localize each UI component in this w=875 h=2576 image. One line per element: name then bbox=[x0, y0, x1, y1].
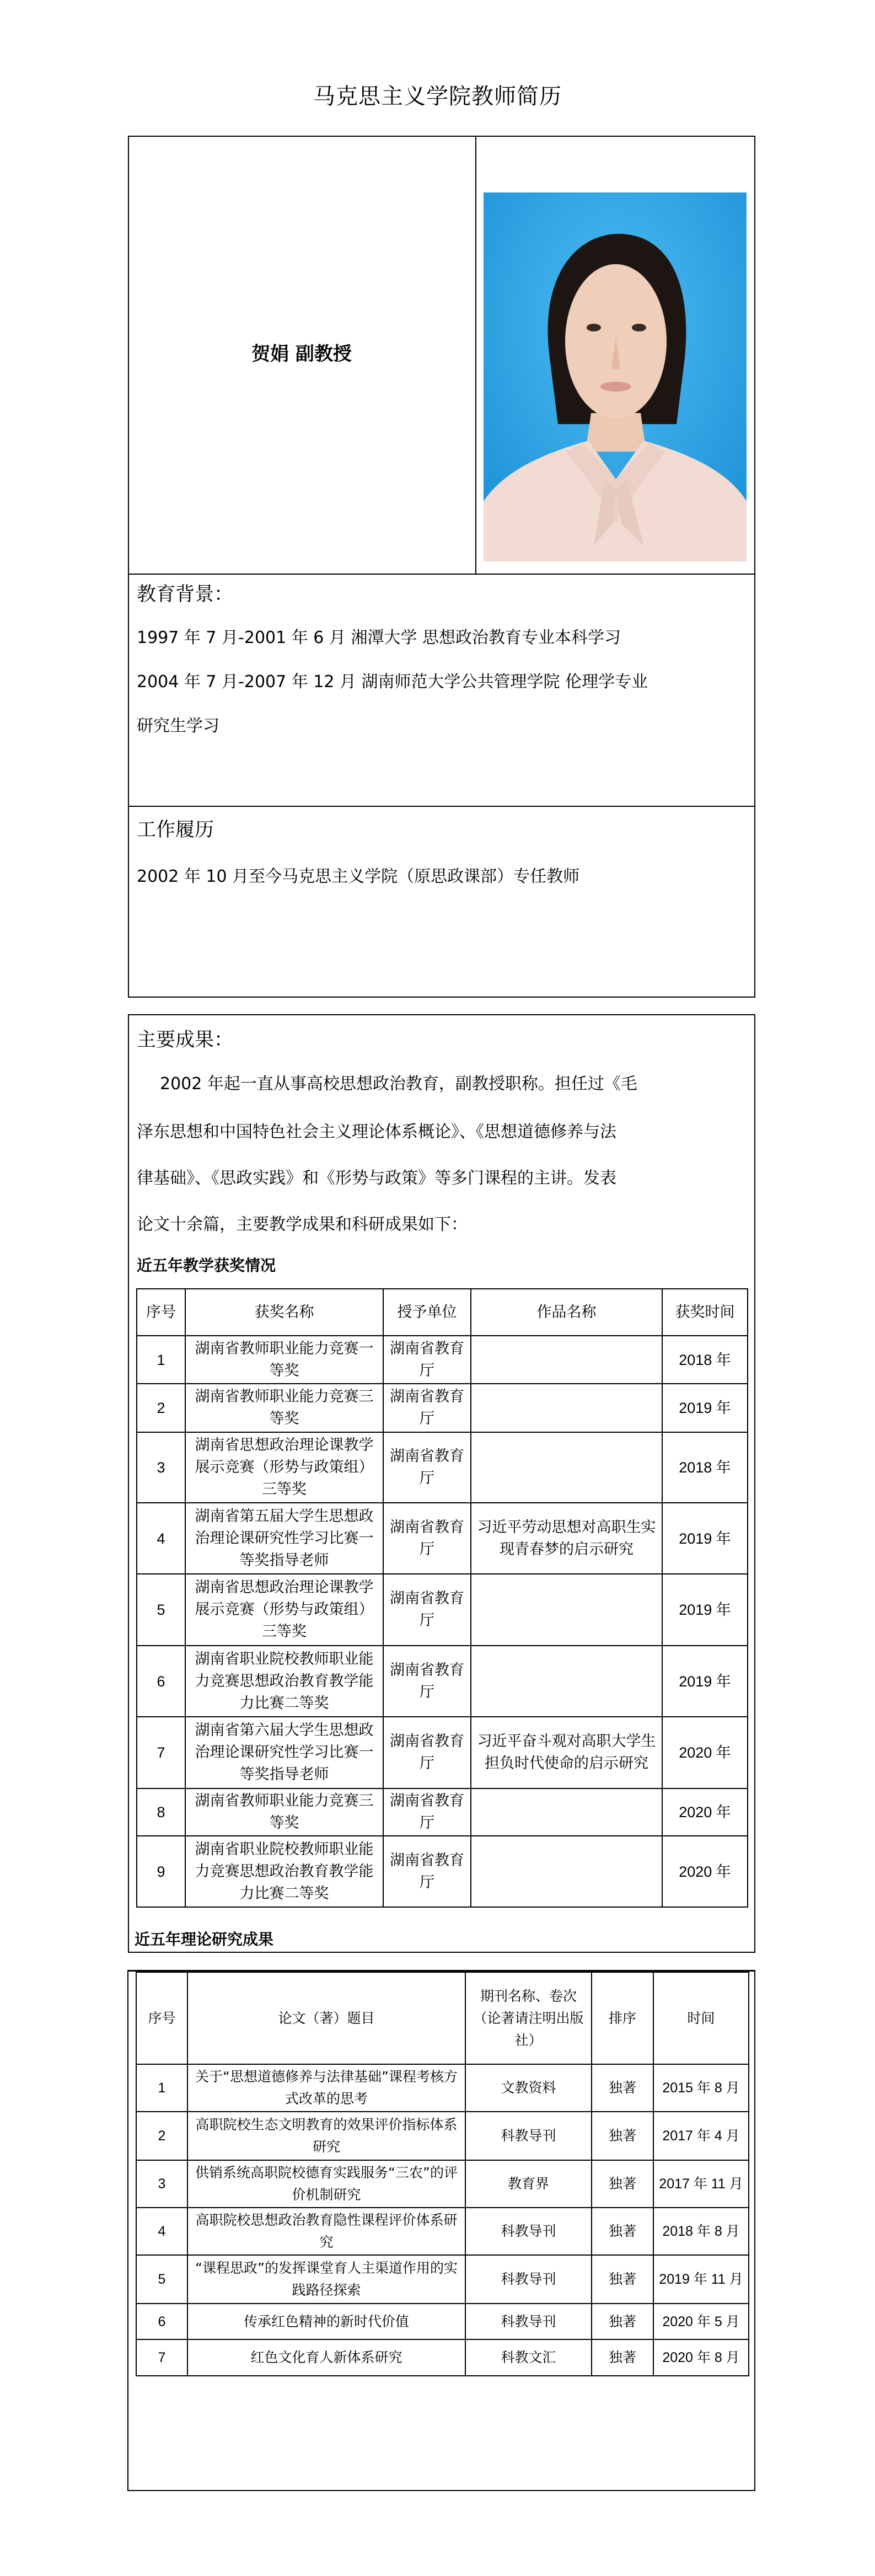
table-row: 1 湖南省教师职业能力竞赛一等奖 湖南省教育厅 2018 年 bbox=[137, 1336, 748, 1384]
col-header-no: 序号 bbox=[136, 1972, 187, 2064]
col-header-title: 论文（著）题目 bbox=[187, 1972, 465, 2064]
cell-award-name: 湖南省思想政治理论课教学展示竞赛（形势与政策组）三等奖 bbox=[185, 1574, 383, 1646]
table-row: 3 供销系统高职院校德育实践服务“三农”的评价机制研究 教育界 独著 2017 … bbox=[136, 2160, 749, 2208]
awards-heading: 近五年教学获奖情况 bbox=[137, 1256, 276, 1276]
cell-no: 6 bbox=[136, 2304, 187, 2339]
work-heading: 工作履历 bbox=[137, 818, 214, 842]
cell-work: 习近平劳动思想对高职生实现青春梦的启示研究 bbox=[471, 1503, 662, 1574]
cell-no: 1 bbox=[136, 2064, 187, 2112]
cell-time: 2018 年 bbox=[662, 1336, 748, 1384]
cell-award-name: 湖南省思想政治理论课教学展示竞赛（形势与政策组）三等奖 bbox=[185, 1432, 383, 1503]
cell-work bbox=[471, 1336, 662, 1384]
cell-award-name: 湖南省教师职业能力竞赛三等奖 bbox=[185, 1384, 383, 1432]
awards-table: 序号 获奖名称 授予单位 作品名称 获奖时间 1 湖南省教师职业能力竞赛一等奖 … bbox=[136, 1288, 748, 1908]
table-row: 7 湖南省第六届大学生思想政治理论课研究性学习比赛一等奖指导老师 湖南省教育厅 … bbox=[137, 1717, 748, 1788]
cell-no: 7 bbox=[137, 1717, 185, 1788]
cell-journal: 科教文汇 bbox=[465, 2339, 592, 2376]
cell-journal: 科教导刊 bbox=[465, 2304, 592, 2339]
cell-unit: 湖南省教育厅 bbox=[383, 1336, 471, 1384]
cell-time: 2017 年 4 月 bbox=[653, 2112, 749, 2160]
education-line-2: 2004 年 7 月-2007 年 12 月 湖南师范大学公共管理学院 伦理学专… bbox=[137, 671, 648, 693]
teacher-name-title: 贺娟 副教授 bbox=[128, 342, 475, 366]
cell-title: 高职院校生态文明教育的效果评价指标体系研究 bbox=[187, 2112, 465, 2160]
portrait-photo bbox=[484, 192, 747, 561]
cell-no: 7 bbox=[136, 2339, 187, 2376]
cell-work bbox=[471, 1646, 662, 1717]
cell-time: 2019 年 bbox=[662, 1646, 748, 1717]
cell-work bbox=[471, 1836, 662, 1907]
col-header-journal: 期刊名称、卷次（论著请注明出版社） bbox=[465, 1972, 592, 2064]
achievements-para-line-2: 泽东思想和中国特色社会主义理论体系概论》、《思想道德修养与法 bbox=[137, 1121, 616, 1143]
cell-unit: 湖南省教育厅 bbox=[383, 1717, 471, 1788]
cell-unit: 湖南省教育厅 bbox=[383, 1503, 471, 1574]
cell-journal: 文教资料 bbox=[465, 2064, 592, 2112]
work-divider bbox=[128, 806, 755, 807]
cell-no: 5 bbox=[136, 2255, 187, 2304]
cell-journal: 科教导刊 bbox=[465, 2208, 592, 2255]
cell-unit: 湖南省教育厅 bbox=[383, 1384, 471, 1432]
cell-rank: 独著 bbox=[592, 2304, 653, 2339]
table-row: 3 湖南省思想政治理论课教学展示竞赛（形势与政策组）三等奖 湖南省教育厅 201… bbox=[137, 1432, 748, 1503]
cell-time: 2017 年 11 月 bbox=[653, 2160, 749, 2208]
cell-title: 红色文化育人新体系研究 bbox=[187, 2339, 465, 2376]
cell-work bbox=[471, 1384, 662, 1432]
cell-award-name: 湖南省第六届大学生思想政治理论课研究性学习比赛一等奖指导老师 bbox=[185, 1717, 383, 1788]
cell-time: 2018 年 8 月 bbox=[653, 2208, 749, 2255]
cell-title: “课程思政”的发挥课堂育人主渠道作用的实践路径探索 bbox=[187, 2255, 465, 2304]
portrait-icon bbox=[484, 192, 747, 561]
cell-rank: 独著 bbox=[592, 2064, 653, 2112]
table-row: 6 传承红色精神的新时代价值 科教导刊 独著 2020 年 5 月 bbox=[136, 2304, 749, 2339]
col-header-work: 作品名称 bbox=[471, 1289, 662, 1336]
col-header-time: 时间 bbox=[653, 1972, 749, 2064]
cell-rank: 独著 bbox=[592, 2339, 653, 2376]
cell-time: 2019 年 11 月 bbox=[653, 2255, 749, 2304]
cell-unit: 湖南省教育厅 bbox=[383, 1574, 471, 1646]
papers-table: 序号 论文（著）题目 期刊名称、卷次（论著请注明出版社） 排序 时间 1 关于“… bbox=[136, 1972, 749, 2376]
profile-divider bbox=[475, 136, 476, 575]
cell-rank: 独著 bbox=[592, 2112, 653, 2160]
cell-time: 2019 年 bbox=[662, 1384, 748, 1432]
cell-journal: 教育界 bbox=[465, 2160, 592, 2208]
cell-work bbox=[471, 1788, 662, 1836]
cell-no: 4 bbox=[137, 1503, 185, 1574]
cell-no: 2 bbox=[137, 1384, 185, 1432]
cell-title: 高职院校思想政治教育隐性课程评价体系研究 bbox=[187, 2208, 465, 2255]
achievements-para-line-1: 2002 年起一直从事高校思想政治教育，副教授职称。担任过《毛 bbox=[160, 1073, 637, 1095]
cell-unit: 湖南省教育厅 bbox=[383, 1836, 471, 1907]
table-row: 9 湖南省职业院校教师职业能力竞赛思想政治教育教学能力比赛二等奖 湖南省教育厅 … bbox=[137, 1836, 748, 1907]
cell-time: 2020 年 8 月 bbox=[653, 2339, 749, 2376]
achievements-para-line-3: 律基础》、《思政实践》和《形势与政策》等多门课程的主讲。发表 bbox=[137, 1167, 616, 1190]
work-line-1: 2002 年 10 月至今马克思主义学院（原思政课部）专任教师 bbox=[137, 866, 579, 888]
cell-no: 1 bbox=[137, 1336, 185, 1384]
education-line-3: 研究生学习 bbox=[137, 715, 219, 737]
cell-journal: 科教导刊 bbox=[465, 2112, 592, 2160]
cell-time: 2020 年 bbox=[662, 1836, 748, 1907]
table-row: 2 高职院校生态文明教育的效果评价指标体系研究 科教导刊 独著 2017 年 4… bbox=[136, 2112, 749, 2160]
cell-no: 2 bbox=[136, 2112, 187, 2160]
cell-rank: 独著 bbox=[592, 2160, 653, 2208]
cell-time: 2019 年 bbox=[662, 1574, 748, 1646]
cell-award-name: 湖南省第五届大学生思想政治理论课研究性学习比赛一等奖指导老师 bbox=[185, 1503, 383, 1574]
cell-rank: 独著 bbox=[592, 2255, 653, 2304]
col-header-award-name: 获奖名称 bbox=[185, 1289, 383, 1336]
cell-time: 2019 年 bbox=[662, 1503, 748, 1574]
cell-award-name: 湖南省教师职业能力竞赛三等奖 bbox=[185, 1788, 383, 1836]
cell-title: 传承红色精神的新时代价值 bbox=[187, 2304, 465, 2339]
col-header-no: 序号 bbox=[137, 1289, 185, 1336]
cell-time: 2020 年 5 月 bbox=[653, 2304, 749, 2339]
cell-no: 3 bbox=[136, 2160, 187, 2208]
table-row: 7 红色文化育人新体系研究 科教文汇 独著 2020 年 8 月 bbox=[136, 2339, 749, 2376]
table-row: 1 关于“思想道德修养与法律基础”课程考核方式改革的思考 文教资料 独著 201… bbox=[136, 2064, 749, 2112]
awards-header-row: 序号 获奖名称 授予单位 作品名称 获奖时间 bbox=[137, 1289, 748, 1336]
cell-journal: 科教导刊 bbox=[465, 2255, 592, 2304]
education-divider bbox=[128, 574, 755, 575]
cell-title: 供销系统高职院校德育实践服务“三农”的评价机制研究 bbox=[187, 2160, 465, 2208]
achievements-para-line-4: 论文十余篇，主要教学成果和科研成果如下： bbox=[137, 1214, 468, 1236]
education-heading: 教育背景： bbox=[137, 582, 233, 607]
cell-award-name: 湖南省职业院校教师职业能力竞赛思想政治教育教学能力比赛二等奖 bbox=[185, 1646, 383, 1717]
cell-time: 2018 年 bbox=[662, 1432, 748, 1503]
cell-no: 6 bbox=[137, 1646, 185, 1717]
cell-unit: 湖南省教育厅 bbox=[383, 1432, 471, 1503]
research-heading: 近五年理论研究成果 bbox=[135, 1930, 273, 1950]
cell-time: 2020 年 bbox=[662, 1717, 748, 1788]
col-header-time: 获奖时间 bbox=[662, 1289, 748, 1336]
cell-no: 8 bbox=[137, 1788, 185, 1836]
col-header-unit: 授予单位 bbox=[383, 1289, 471, 1336]
cell-no: 4 bbox=[136, 2208, 187, 2255]
table-row: 5 湖南省思想政治理论课教学展示竞赛（形势与政策组）三等奖 湖南省教育厅 201… bbox=[137, 1574, 748, 1646]
cell-work bbox=[471, 1432, 662, 1503]
cell-work bbox=[471, 1574, 662, 1646]
cell-work: 习近平奋斗观对高职大学生担负时代使命的启示研究 bbox=[471, 1717, 662, 1788]
cell-no: 5 bbox=[137, 1574, 185, 1646]
table-row: 2 湖南省教师职业能力竞赛三等奖 湖南省教育厅 2019 年 bbox=[137, 1384, 748, 1432]
cell-unit: 湖南省教育厅 bbox=[383, 1788, 471, 1836]
page-title: 马克思主义学院教师简历 bbox=[0, 83, 875, 110]
table-row: 4 高职院校思想政治教育隐性课程评价体系研究 科教导刊 独著 2018 年 8 … bbox=[136, 2208, 749, 2255]
table-row: 5 “课程思政”的发挥课堂育人主渠道作用的实践路径探索 科教导刊 独著 2019… bbox=[136, 2255, 749, 2304]
papers-header-row: 序号 论文（著）题目 期刊名称、卷次（论著请注明出版社） 排序 时间 bbox=[136, 1972, 749, 2064]
education-line-1: 1997 年 7 月-2001 年 6 月 湘潭大学 思想政治教育专业本科学习 bbox=[137, 627, 621, 649]
table-row: 8 湖南省教师职业能力竞赛三等奖 湖南省教育厅 2020 年 bbox=[137, 1788, 748, 1836]
cell-award-name: 湖南省教师职业能力竞赛一等奖 bbox=[185, 1336, 383, 1384]
cell-award-name: 湖南省职业院校教师职业能力竞赛思想政治教育教学能力比赛二等奖 bbox=[185, 1836, 383, 1907]
table-row: 6 湖南省职业院校教师职业能力竞赛思想政治教育教学能力比赛二等奖 湖南省教育厅 … bbox=[137, 1646, 748, 1717]
col-header-rank: 排序 bbox=[592, 1972, 653, 2064]
cell-no: 3 bbox=[137, 1432, 185, 1503]
table-row: 4 湖南省第五届大学生思想政治理论课研究性学习比赛一等奖指导老师 湖南省教育厅 … bbox=[137, 1503, 748, 1574]
cell-no: 9 bbox=[137, 1836, 185, 1907]
achievements-heading: 主要成果： bbox=[137, 1028, 233, 1052]
cell-time: 2020 年 bbox=[662, 1788, 748, 1836]
cell-rank: 独著 bbox=[592, 2208, 653, 2255]
cell-unit: 湖南省教育厅 bbox=[383, 1646, 471, 1717]
cell-time: 2015 年 8 月 bbox=[653, 2064, 749, 2112]
cell-title: 关于“思想道德修养与法律基础”课程考核方式改革的思考 bbox=[187, 2064, 465, 2112]
